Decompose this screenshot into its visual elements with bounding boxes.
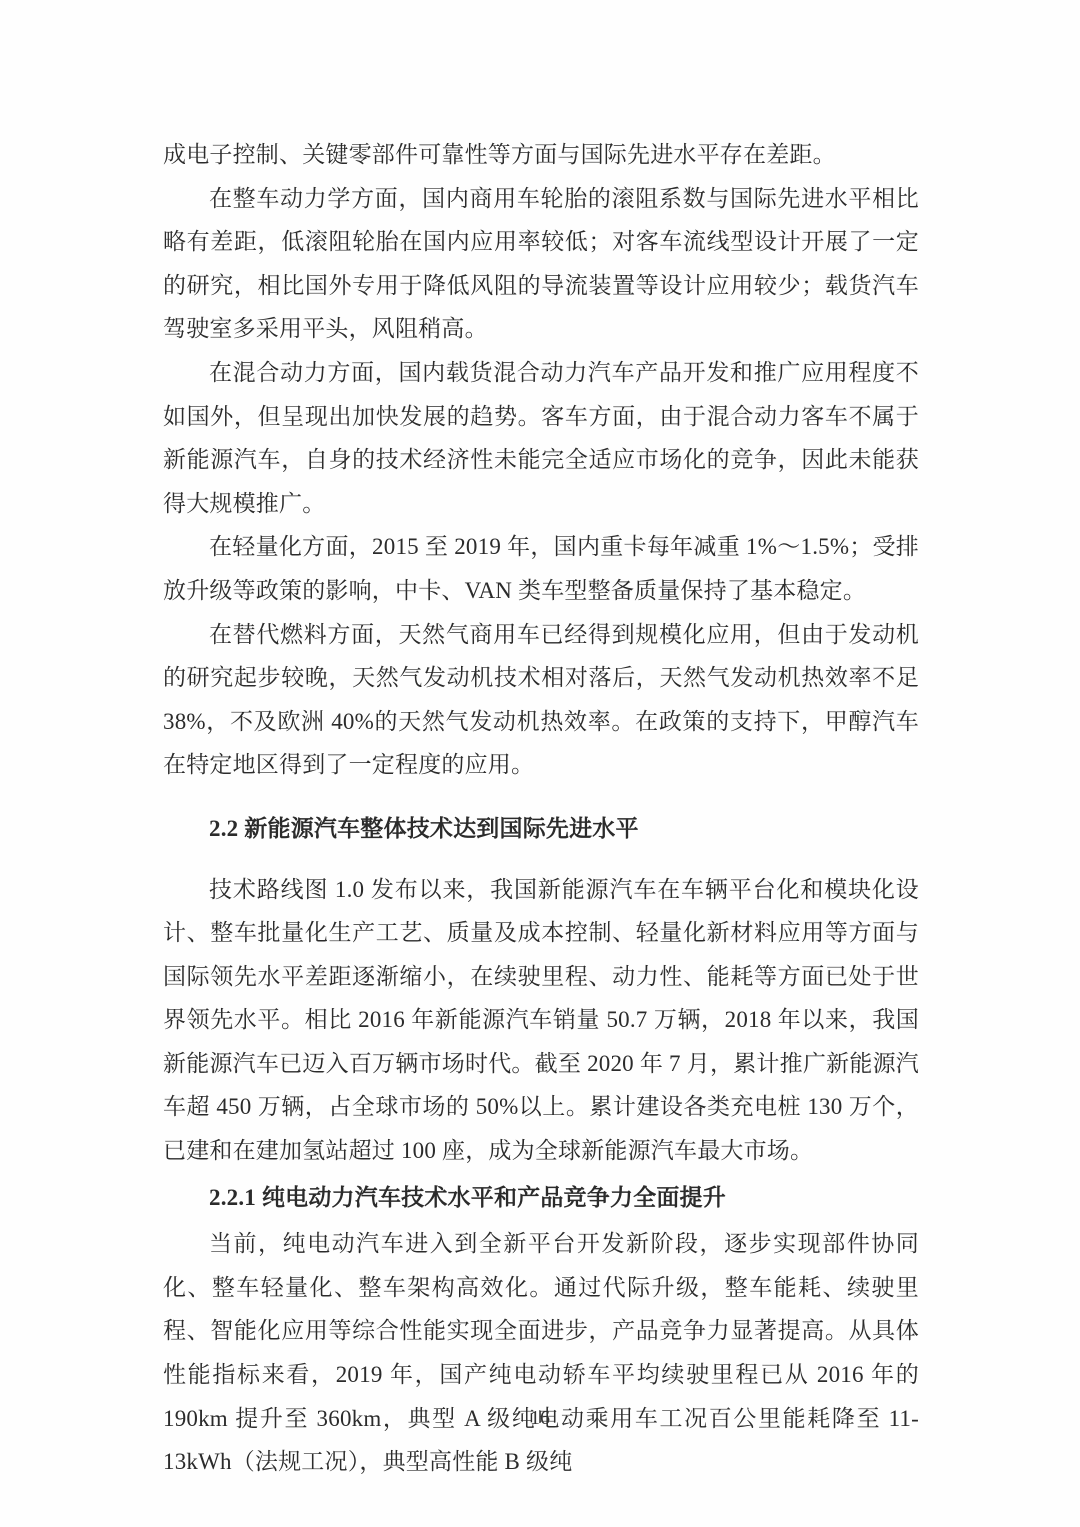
paragraph-continuation: 成电子控制、关键零部件可靠性等方面与国际先进水平存在差距。 <box>163 133 919 177</box>
page-number: 16 <box>0 1407 1080 1430</box>
section-heading-2-2: 2.2 新能源汽车整体技术达到国际先进水平 <box>163 807 919 851</box>
paragraph-lightweighting: 在轻量化方面，2015 至 2019 年，国内重卡每年减重 1%～1.5%；受排… <box>163 525 919 612</box>
paragraph-hybrid-power: 在混合动力方面，国内载货混合动力汽车产品开发和推广应用程度不如国外，但呈现出加快… <box>163 351 919 525</box>
subsection-heading-2-2-1: 2.2.1 纯电动力汽车技术水平和产品竞争力全面提升 <box>163 1176 919 1220</box>
paragraph-alternative-fuels: 在替代燃料方面，天然气商用车已经得到规模化应用，但由于发动机的研究起步较晚，天然… <box>163 613 919 787</box>
paragraph-vehicle-dynamics: 在整车动力学方面，国内商用车轮胎的滚阻系数与国际先进水平相比略有差距，低滚阻轮胎… <box>163 177 919 351</box>
document-body: 成电子控制、关键零部件可靠性等方面与国际先进水平存在差距。 在整车动力学方面，国… <box>163 133 919 1484</box>
document-page: 成电子控制、关键零部件可靠性等方面与国际先进水平存在差距。 在整车动力学方面，国… <box>0 0 1080 1527</box>
paragraph-bev-progress: 当前，纯电动汽车进入到全新平台开发新阶段，逐步实现部件协同化、整车轻量化、整车架… <box>163 1222 919 1484</box>
paragraph-nev-overview: 技术路线图 1.0 发布以来，我国新能源汽车在车辆平台化和模块化设计、整车批量化… <box>163 868 919 1173</box>
